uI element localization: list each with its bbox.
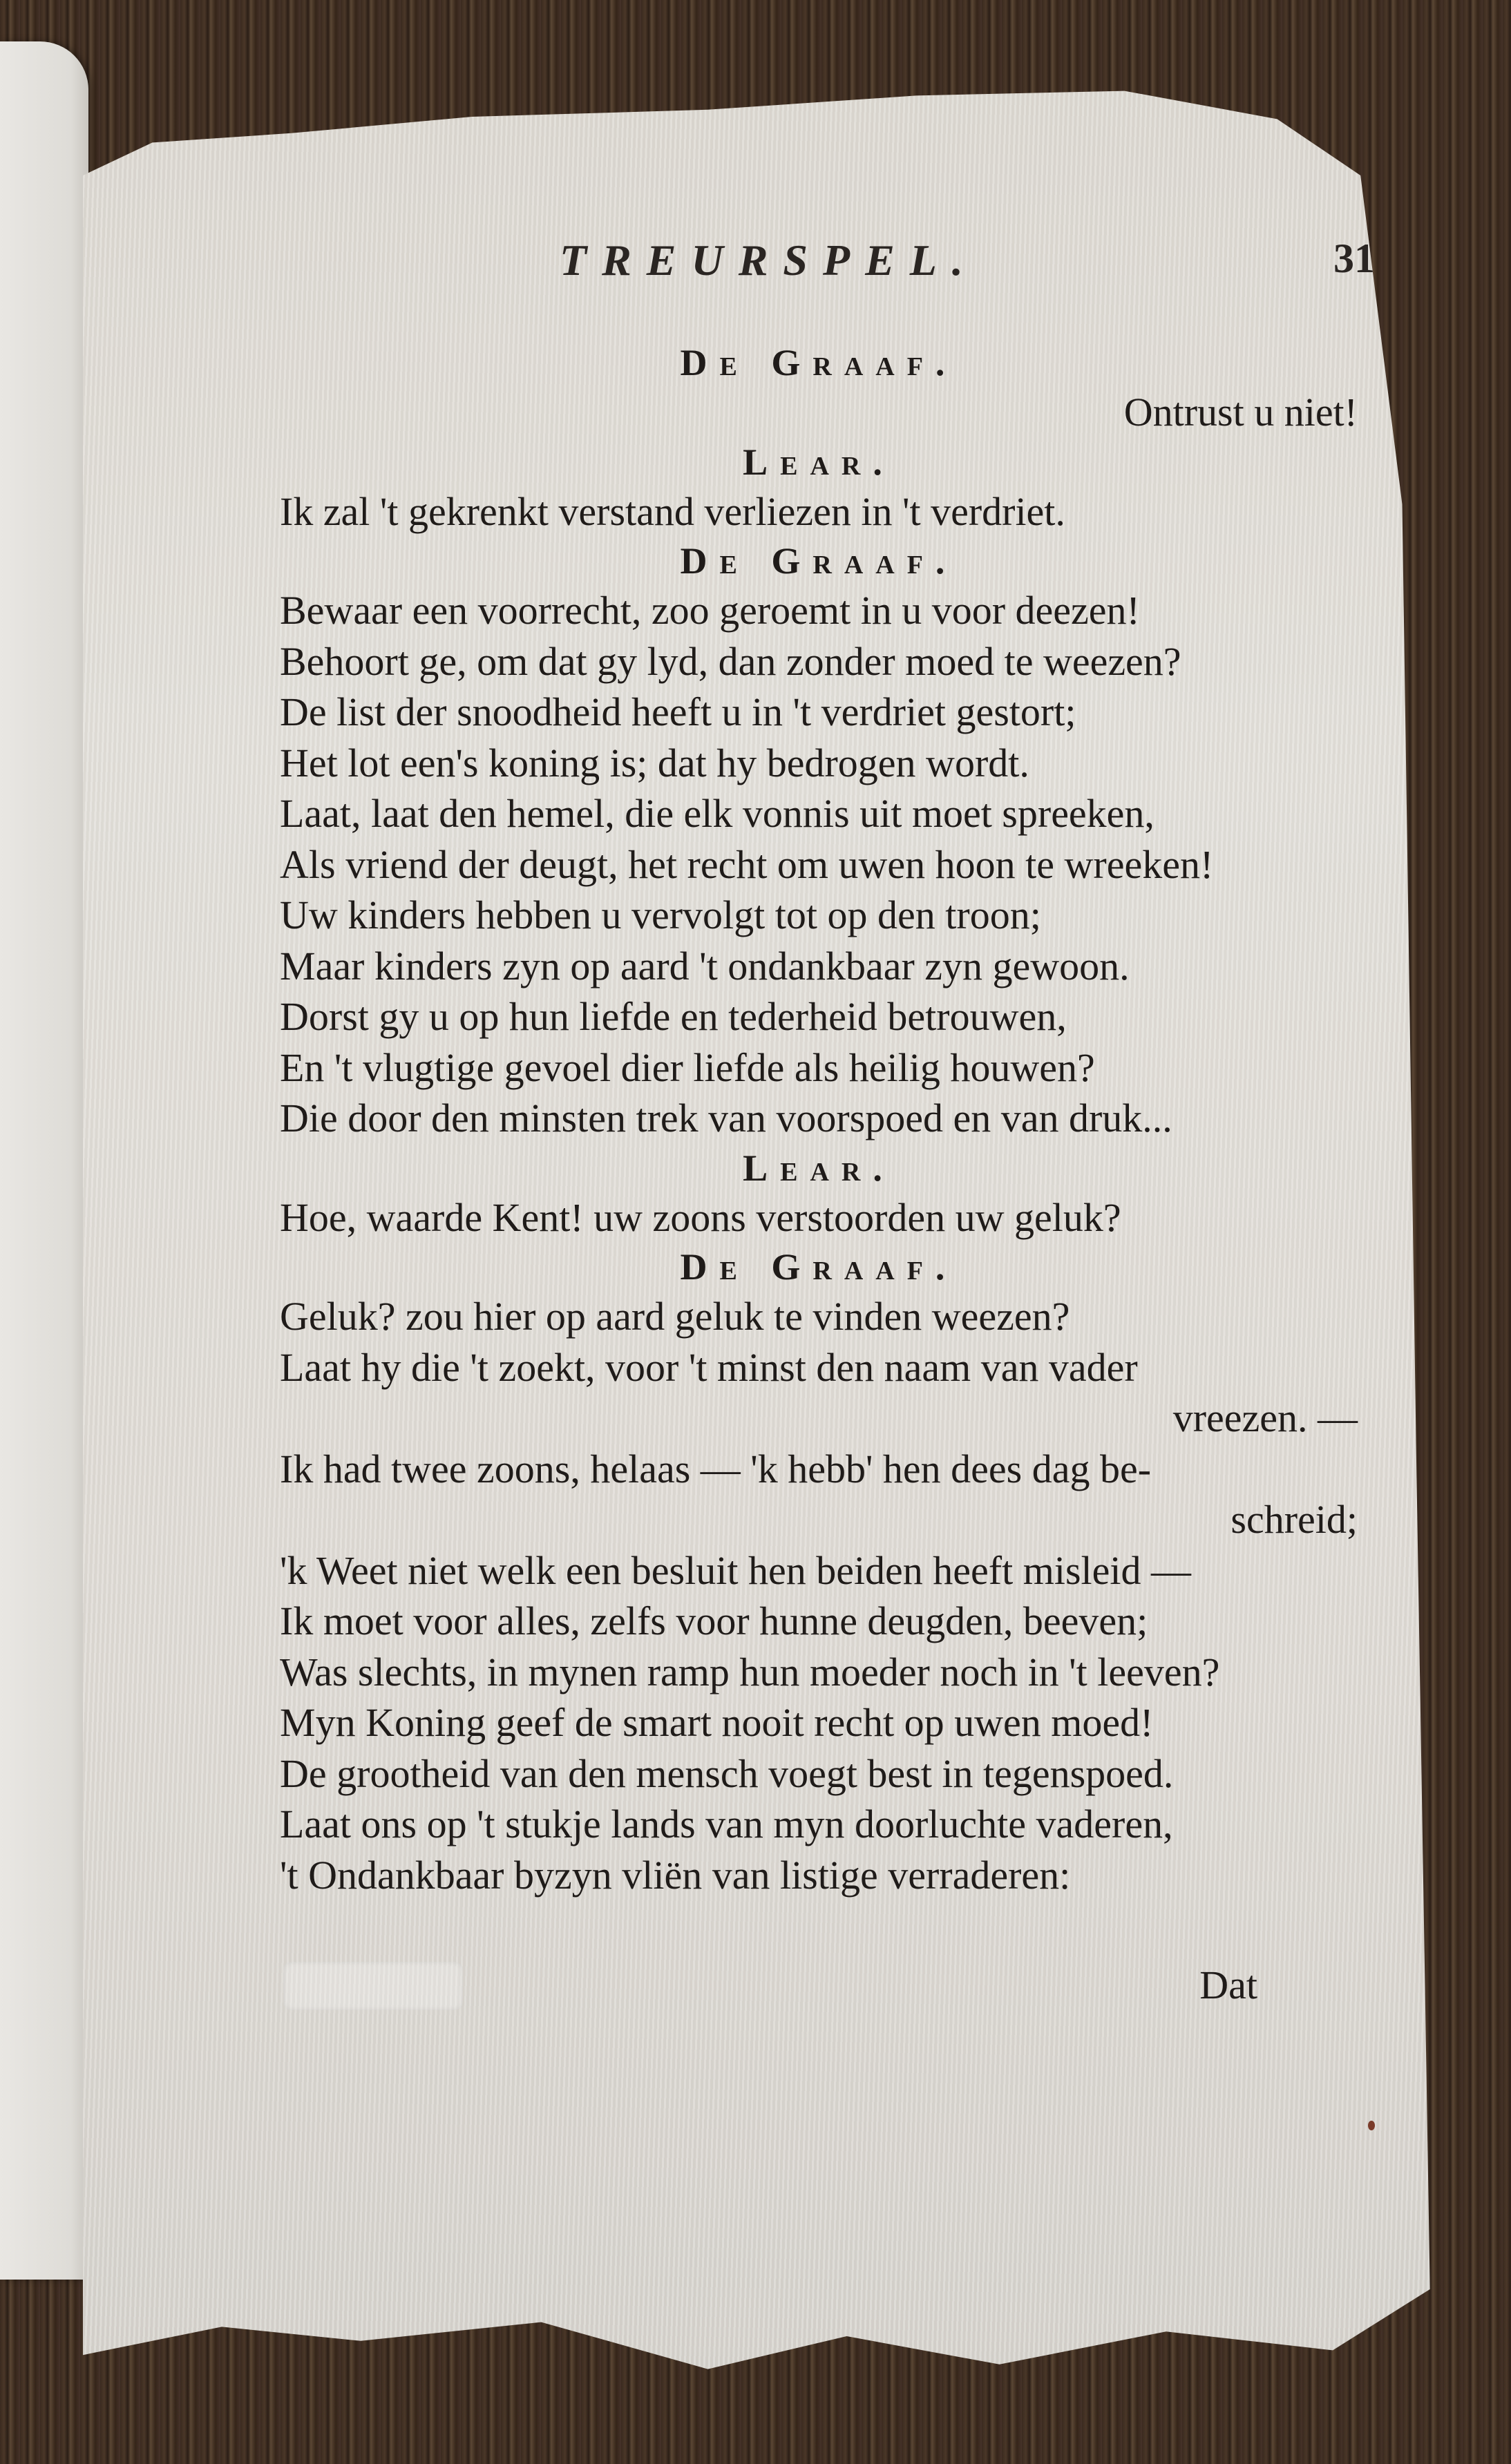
book-page: TREURSPEL. 31 De Graaf. Ontrust u niet! …: [83, 35, 1472, 2383]
verse-line: vreezen. —: [280, 1393, 1358, 1444]
verse-line: De list der snoodheid heeft u in 't verd…: [280, 687, 1358, 738]
page-header: TREURSPEL. 31: [560, 235, 1375, 297]
speaker-name: De Graaf.: [280, 537, 1358, 585]
blind-impression-mark: [283, 1962, 463, 2010]
page-number: 31: [1333, 235, 1375, 283]
catchword: Dat: [1199, 1962, 1257, 2008]
verse-line: Laat hy die 't zoekt, voor 't minst den …: [280, 1342, 1358, 1393]
verse-line: Myn Koning geef de smart nooit recht op …: [280, 1697, 1358, 1748]
verse-line: Was slechts, in mynen ramp hun moeder no…: [280, 1647, 1358, 1698]
verse-line: Die door den minsten trek van voorspoed …: [280, 1093, 1358, 1144]
verse-line: Bewaar een voorrecht, zoo geroemt in u v…: [280, 585, 1358, 636]
verse-line: Het lot een's koning is; dat hy bedrogen…: [280, 738, 1358, 789]
verse-line: Laat, laat den hemel, die elk vonnis uit…: [280, 788, 1358, 839]
verse-line: schreid;: [280, 1494, 1358, 1545]
verse-line: Uw kinders hebben u vervolgt tot op den …: [280, 890, 1358, 941]
play-text: De Graaf. Ontrust u niet! Lear. Ik zal '…: [280, 338, 1358, 1900]
verse-line: Geluk? zou hier op aard geluk te vinden …: [280, 1291, 1358, 1342]
verse-line: Laat ons op 't stukje lands van myn door…: [280, 1799, 1358, 1850]
running-title: TREURSPEL.: [560, 235, 978, 286]
facing-page-edge: [0, 41, 88, 2280]
speaker-name: De Graaf.: [280, 338, 1358, 387]
speaker-name: Lear.: [280, 438, 1358, 486]
verse-line: Hoe, waarde Kent! uw zoons verstoorden u…: [280, 1192, 1358, 1243]
speaker-name: De Graaf.: [280, 1243, 1358, 1291]
verse-line: Ik moet voor alles, zelfs voor hunne deu…: [280, 1596, 1358, 1647]
verse-line: 't Ondankbaar byzyn vliën van listige ve…: [280, 1850, 1358, 1901]
verse-line: En 't vlugtige gevoel dier liefde als he…: [280, 1042, 1358, 1093]
verse-line: Als vriend der deugt, het recht om uwen …: [280, 839, 1358, 890]
verse-line: Dorst gy u op hun liefde en tederheid be…: [280, 991, 1358, 1042]
verse-line: Behoort ge, om dat gy lyd, dan zonder mo…: [280, 636, 1358, 687]
verse-line: De grootheid van den mensch voegt best i…: [280, 1748, 1358, 1799]
verse-line: Ontrust u niet!: [280, 387, 1358, 438]
speaker-name: Lear.: [280, 1144, 1358, 1192]
verse-line: 'k Weet niet welk een besluit hen beiden…: [280, 1545, 1358, 1596]
verse-line: Ik had twee zoons, helaas — 'k hebb' hen…: [280, 1444, 1358, 1495]
foxing-spot: [1368, 2121, 1375, 2130]
verse-line: Ik zal 't gekrenkt verstand verliezen in…: [280, 486, 1358, 537]
verse-line: Maar kinders zyn op aard 't ondankbaar z…: [280, 941, 1358, 992]
